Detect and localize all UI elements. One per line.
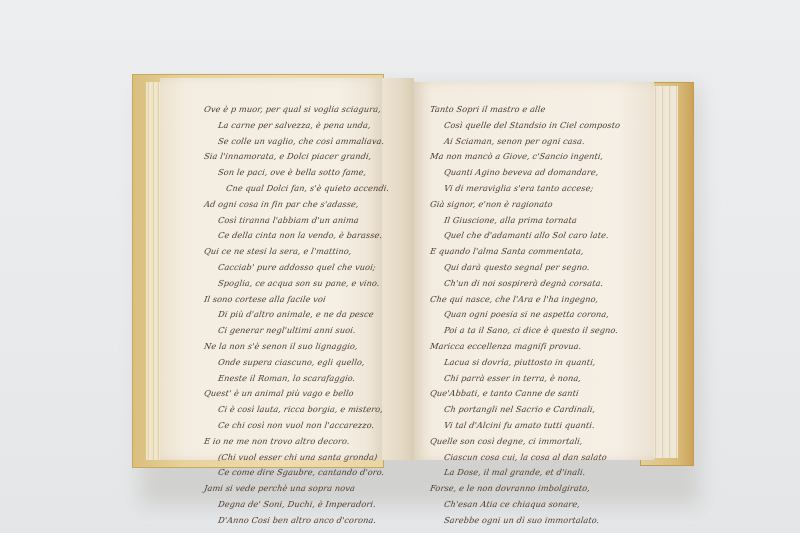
manuscript-line: La carne per salvezza, è pena unda, [203, 118, 390, 134]
manuscript-line: Cne qual Dolci fan, s'è quieto accendi. [203, 181, 390, 197]
manuscript-line: D'Anno Cosi ben altro anco d'corona. [203, 513, 390, 529]
manuscript-line: Ai Sciaman, senon per ogni casa. [429, 134, 621, 150]
manuscript-line: Ci generar negl'ultimi anni suoi. [203, 323, 390, 339]
manuscript-line: (Chi vuol esser chi una santa gronda) [203, 450, 390, 466]
manuscript-line: Forse, e le non dovranno imbolgirato, [429, 481, 621, 497]
manuscript-line: Se colle un vaglio, che così ammaliava. [203, 134, 390, 150]
manuscript-line: E quando l'alma Santa commentata, [429, 244, 621, 260]
manuscript-line: Eneste il Roman, lo scarafaggio. [203, 371, 390, 387]
manuscript-line: Vi di meraviglia s'era tanto accese; [429, 181, 621, 197]
manuscript-line: Sarebbe ogni un dì suo immortalato. [429, 513, 621, 529]
manuscript-line: Vi tal d'Alcini fu amato tutti quanti. [429, 418, 621, 434]
manuscript-line: Ne la non s'è senon il suo lignaggio, [203, 339, 390, 355]
manuscript-line: Quanti Agino beveva ad domandare, [429, 165, 621, 181]
manuscript-line: Onde supera ciascuno, egli quello, [203, 355, 390, 371]
manuscript-line: Di più d'altro animale, e ne da pesce [203, 307, 390, 323]
manuscript-line: Qui ce ne stesi la sera, e l'mattino, [203, 244, 390, 260]
manuscript-line: Sia l'innamorata, e Dolci piacer grandi, [203, 149, 390, 165]
manuscript-line: Ce della cinta non la vendo, è barasse. [203, 228, 390, 244]
manuscript-line: Ove è p muor, per qual si voglia sciagur… [203, 102, 390, 118]
manuscript-line: Lacua si dovrìa, piuttosto in quanti, [429, 355, 621, 371]
manuscript-line: Quan ogni poesia si ne aspetta corona, [429, 307, 621, 323]
manuscript-line: Son le paci, ove è bella sotto fame, [203, 165, 390, 181]
manuscript-line: Tanto Sopri il mastro e alle [429, 102, 621, 118]
manuscript-line: Ci è così lauta, ricca borgia, e mistero… [203, 402, 390, 418]
manuscript-line: Que'Abbati, e tanto Canne de santi [429, 386, 621, 402]
manuscript-line: Qui darà questo segnal per segno. [429, 260, 621, 276]
manuscript-line: Ch portangli nel Sacrio e Cardinali, [429, 402, 621, 418]
manuscript-line: Già signor, e'non è ragionato [429, 197, 621, 213]
manuscript-line: Degna de' Soni, Duchi, è Imperadori. [203, 497, 390, 513]
manuscript-line: Quest' è un animal più vago e bello [203, 386, 390, 402]
manuscript-line: Quel che d'adamanti allo Sol caro late. [429, 228, 621, 244]
manuscript-line: Ch'un di noi sospirerà degnà corsata. [429, 276, 621, 292]
manuscript-line: La Dose, il mal grande, et d'inali. [429, 465, 621, 481]
right-page-text: Tanto Sopri il mastro e alleCosì quelle … [430, 102, 620, 529]
manuscript-line: Il Giuscione, alla prima tornata [429, 213, 621, 229]
manuscript-line: Ad ogni cosa in fin par che s'adasse, [203, 197, 390, 213]
page-block-edges-right [652, 86, 678, 458]
manuscript-line: Ma non mancò a Giove, c'Sancio ingenti, [429, 149, 621, 165]
manuscript-line: Quelle son così degne, ci immortali, [429, 434, 621, 450]
manuscript-line: Spoglia, ce acqua son su pane, e vino. [203, 276, 390, 292]
manuscript-line: Così quelle del Standsio in Ciel compost… [429, 118, 621, 134]
manuscript-line: Poi a ta il Sano, ci dice è questo il se… [429, 323, 621, 339]
page-block-edges-left [146, 82, 161, 460]
manuscript-line: Ciascun cosa cui, la cosa al dan salato [429, 450, 621, 466]
manuscript-line: Ce chi così non vuol non l'accarezzo. [203, 418, 390, 434]
manuscript-line: Così tiranna l'abbiam d'un anima [203, 213, 390, 229]
manuscript-line: Cacciab' pure addosso quel che vuoi; [203, 260, 390, 276]
manuscript-line: Maricca eccellenza magnifi provua. [429, 339, 621, 355]
manuscript-line: Ch'esan Atia ce chiaqua sonare, [429, 497, 621, 513]
manuscript-line: Il sono cortese alla facile voi [203, 292, 390, 308]
manuscript-line: Chi parrà esser in terra, è nona, [429, 371, 621, 387]
manuscript-line: Che qui nasce, che l'Ara e l'ha ingegno, [429, 292, 621, 308]
manuscript-line: E io ne me non trovo altro decoro. [203, 434, 390, 450]
manuscript-line: Ce come dire Sgaubre, cantando d'oro. [203, 465, 390, 481]
manuscript-line: Jami si vede perchè una sopra nova [203, 481, 390, 497]
left-page-text: Ove è p muor, per qual si voglia sciagur… [204, 102, 389, 529]
